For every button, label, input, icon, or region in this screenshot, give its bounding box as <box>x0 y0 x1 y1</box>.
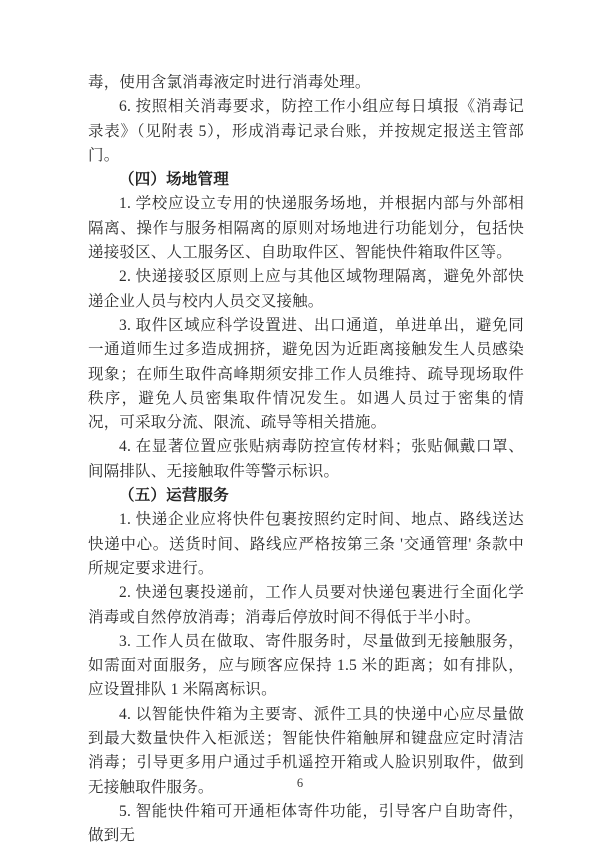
page-number: 6 <box>0 776 600 791</box>
section-heading-5-operation-service: （五）运营服务 <box>88 484 524 508</box>
paragraph-item-6: 6. 按照相关消毒要求，防控工作小组应每日填报《消毒记录表》（见附表 5），形成… <box>88 95 524 168</box>
paragraph-continuation: 毒，使用含氯消毒液定时进行消毒处理。 <box>88 71 524 95</box>
paragraph-4-item-3: 3. 取件区域应科学设置进、出口通道，单进单出，避免同一通道师生过多造成拥挤，避… <box>88 314 524 435</box>
paragraph-5-item-1: 1. 快递企业应将快件包裹按照约定时间、地点、路线送达快递中心。送货时间、路线应… <box>88 508 524 581</box>
document-page: 毒，使用含氯消毒液定时进行消毒处理。 6. 按照相关消毒要求，防控工作小组应每日… <box>0 0 600 848</box>
page-body-text: 毒，使用含氯消毒液定时进行消毒处理。 6. 按照相关消毒要求，防控工作小组应每日… <box>88 71 524 848</box>
section-heading-4-site-management: （四）场地管理 <box>88 168 524 192</box>
paragraph-5-item-2: 2. 快递包裹投递前，工作人员要对快递包裹进行全面化学消毒或自然停放消毒；消毒后… <box>88 581 524 630</box>
paragraph-4-item-4: 4. 在显著位置应张贴病毒防控宣传材料；张贴佩戴口罩、间隔排队、无接触取件等警示… <box>88 435 524 484</box>
paragraph-4-item-1: 1. 学校应设立专用的快递服务场地，并根据内部与外部相隔离、操作与服务相隔离的原… <box>88 192 524 265</box>
paragraph-4-item-2: 2. 快递接驳区原则上应与其他区域物理隔离，避免外部快递企业人员与校内人员交叉接… <box>88 265 524 314</box>
paragraph-5-item-5: 5. 智能快件箱可开通柜体寄件功能，引导客户自助寄件，做到无 <box>88 800 524 848</box>
paragraph-5-item-3: 3. 工作人员在做取、寄件服务时，尽量做到无接触服务，如需面对面服务，应与顾客应… <box>88 630 524 703</box>
